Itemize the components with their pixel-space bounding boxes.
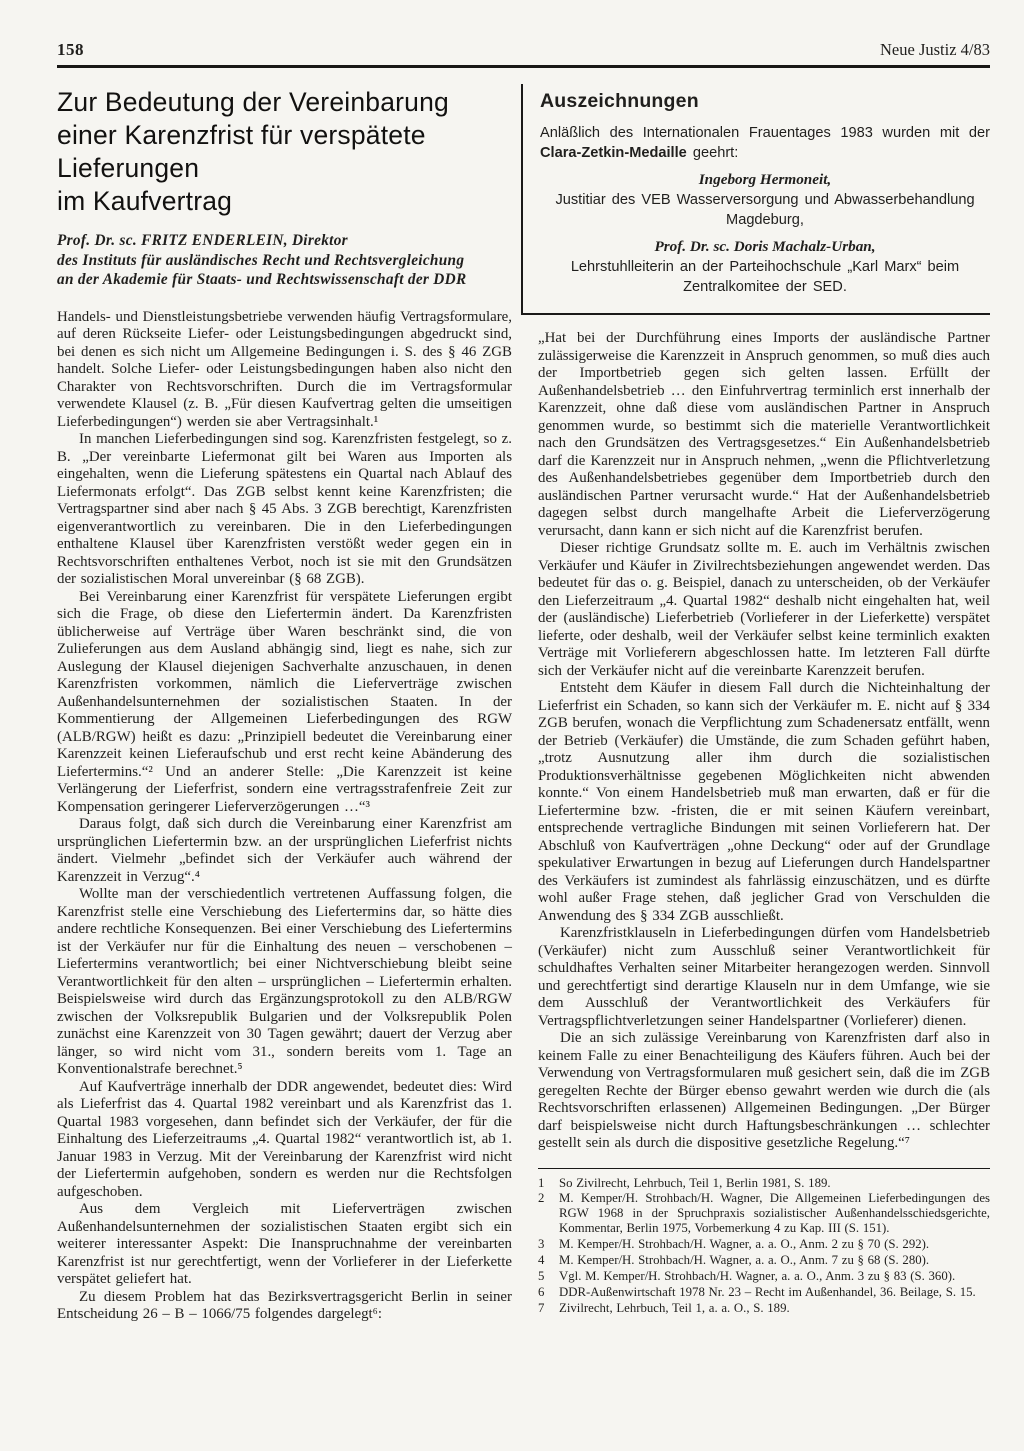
- paragraph: Die an sich zulässige Vereinbarung von K…: [538, 1030, 990, 1153]
- footnote-number: 3: [538, 1237, 559, 1252]
- awards-intro-text: Anläßlich des Internationalen Frauentage…: [540, 125, 990, 141]
- honoree: Ingeborg Hermoneit, Justitiar des VEB Wa…: [540, 170, 990, 230]
- article-title: Zur Bedeutung der Vereinbarung einer Kar…: [57, 86, 512, 218]
- footnotes: 1 So Zivilrecht, Lehrbuch, Teil 1, Berli…: [538, 1168, 990, 1316]
- footnote-text: M. Kemper/H. Strohbach/H. Wagner, a. a. …: [559, 1237, 990, 1252]
- footnote: 4 M. Kemper/H. Strohbach/H. Wagner, a. a…: [538, 1253, 990, 1268]
- paragraph: In manchen Lieferbedingungen sind sog. K…: [57, 431, 512, 589]
- journal-title: Neue Justiz 4/83: [880, 40, 990, 60]
- footnote-text: DDR-Außenwirtschaft 1978 Nr. 23 – Recht …: [559, 1285, 990, 1300]
- author-line: an der Akademie für Staats- und Rechtswi…: [57, 270, 512, 290]
- footnote: 6 DDR-Außenwirtschaft 1978 Nr. 23 – Rech…: [538, 1285, 990, 1300]
- footnote: 7 Zivilrecht, Lehrbuch, Teil 1, a. a. O.…: [538, 1301, 990, 1316]
- footnote-text: Vgl. M. Kemper/H. Strohbach/H. Wagner, a…: [559, 1269, 990, 1284]
- article-body-left: Handels- und Dienstleistungsbetriebe ver…: [57, 309, 512, 1324]
- awards-intro-text: geehrt:: [687, 145, 739, 161]
- journal-page: 158 Neue Justiz 4/83 Zur Bedeutung der V…: [0, 0, 1024, 1451]
- header-rule: [57, 65, 990, 68]
- article-title-line: einer Karenzfrist für verspätete Lieferu…: [57, 119, 512, 185]
- paragraph: Auf Kaufverträge innerhalb der DDR angew…: [57, 1079, 512, 1202]
- footnote-number: 1: [538, 1176, 559, 1191]
- footnote-text: M. Kemper/H. Strohbach/H. Wagner, Die Al…: [559, 1191, 990, 1236]
- author-block: Prof. Dr. sc. FRITZ ENDERLEIN, Direktor …: [57, 231, 512, 290]
- author-line: Prof. Dr. sc. FRITZ ENDERLEIN, Direktor: [57, 231, 512, 251]
- paragraph: Entsteht dem Käufer in diesem Fall durch…: [538, 680, 990, 925]
- footnote-number: 5: [538, 1269, 559, 1284]
- honoree-name: Prof. Dr. sc. Doris Machalz-Urban,: [540, 237, 990, 257]
- footnote-number: 4: [538, 1253, 559, 1268]
- footnote-text: M. Kemper/H. Strohbach/H. Wagner, a. a. …: [559, 1253, 990, 1268]
- awards-intro: Anläßlich des Internationalen Frauentage…: [540, 123, 990, 163]
- paragraph: Bei Vereinbarung einer Karenzfrist für v…: [57, 589, 512, 817]
- awards-heading: Auszeichnungen: [540, 90, 990, 113]
- footnote: 3 M. Kemper/H. Strohbach/H. Wagner, a. a…: [538, 1237, 990, 1252]
- footnote-number: 7: [538, 1301, 559, 1316]
- right-column: Auszeichnungen Anläßlich des Internation…: [538, 84, 990, 1324]
- article-body-right: „Hat bei der Durchführung eines Imports …: [538, 330, 990, 1153]
- paragraph: „Hat bei der Durchführung eines Imports …: [538, 330, 990, 540]
- medal-name: Clara-Zetkin-Medaille: [540, 145, 687, 161]
- footnote-text: Zivilrecht, Lehrbuch, Teil 1, a. a. O., …: [559, 1301, 990, 1316]
- paragraph: Dieser richtige Grundsatz sollte m. E. a…: [538, 540, 990, 680]
- honoree-role: Lehrstuhlleiterin an der Parteihochschul…: [540, 257, 990, 297]
- honoree: Prof. Dr. sc. Doris Machalz-Urban, Lehrs…: [540, 237, 990, 297]
- two-column-layout: Zur Bedeutung der Vereinbarung einer Kar…: [57, 84, 990, 1324]
- paragraph: Aus dem Vergleich mit Lieferverträgen zw…: [57, 1201, 512, 1289]
- author-line: des Instituts für ausländisches Recht un…: [57, 251, 512, 271]
- footnote: 2 M. Kemper/H. Strohbach/H. Wagner, Die …: [538, 1191, 990, 1236]
- footnote: 5 Vgl. M. Kemper/H. Strohbach/H. Wagner,…: [538, 1269, 990, 1284]
- awards-section: Auszeichnungen Anläßlich des Internation…: [521, 84, 990, 315]
- page-header: 158 Neue Justiz 4/83: [57, 40, 990, 60]
- footnote-text: So Zivilrecht, Lehrbuch, Teil 1, Berlin …: [559, 1176, 990, 1191]
- footnote-number: 2: [538, 1191, 559, 1236]
- paragraph: Handels- und Dienstleistungsbetriebe ver…: [57, 309, 512, 432]
- paragraph: Zu diesem Problem hat das Bezirksvertrag…: [57, 1289, 512, 1324]
- honoree-name: Ingeborg Hermoneit,: [540, 170, 990, 190]
- honoree-role: Justitiar des VEB Wasserversorgung und A…: [540, 190, 990, 230]
- page-number: 158: [57, 40, 84, 60]
- footnote-number: 6: [538, 1285, 559, 1300]
- footnote: 1 So Zivilrecht, Lehrbuch, Teil 1, Berli…: [538, 1176, 990, 1191]
- left-column: Zur Bedeutung der Vereinbarung einer Kar…: [57, 84, 512, 1324]
- paragraph: Wollte man der verschiedentlich vertrete…: [57, 886, 512, 1079]
- article-title-line: Zur Bedeutung der Vereinbarung: [57, 86, 512, 119]
- article-title-line: im Kaufvertrag: [57, 185, 512, 218]
- paragraph: Karenzfristklauseln in Lieferbedingungen…: [538, 925, 990, 1030]
- paragraph: Daraus folgt, daß sich durch die Vereinb…: [57, 816, 512, 886]
